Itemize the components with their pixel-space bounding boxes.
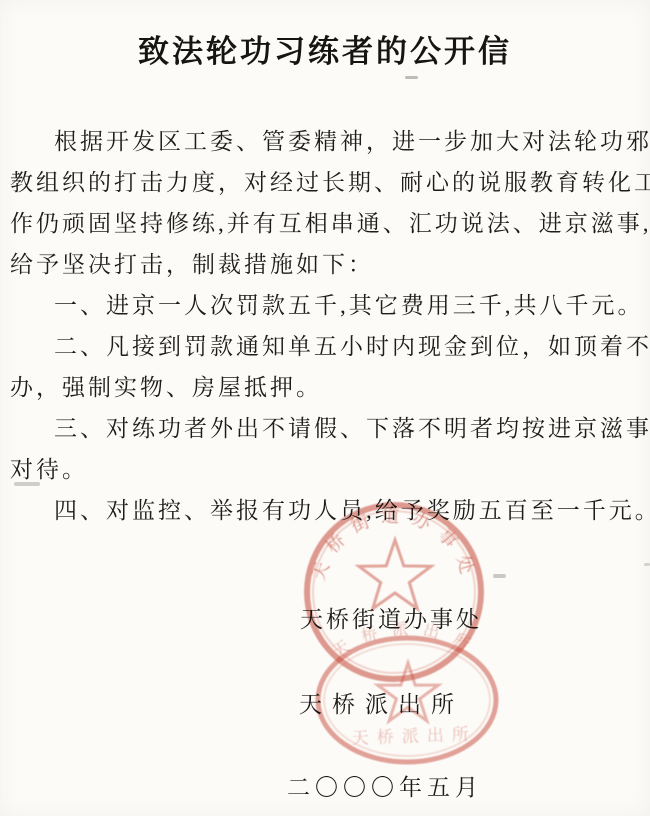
- page-title: 致法轮功习练者的公开信: [0, 26, 650, 71]
- signature-street-office: 天桥街道办事处: [300, 601, 482, 634]
- body-line: 对待。: [10, 449, 642, 490]
- date-line: 二〇〇〇年五月: [287, 769, 483, 802]
- signature-police-station: 天桥派出所: [299, 686, 464, 719]
- body-line: 根据开发区工委、管委精神，进一步加大对法轮功邪: [10, 121, 642, 162]
- letter-body: 根据开发区工委、管委精神，进一步加大对法轮功邪 教组织的打击力度，对经过长期、耐…: [10, 121, 642, 531]
- seal-inner-text: 天桥派出所: [351, 725, 477, 748]
- body-line-item-1: 一、进京一人次罚款五千,其它费用三千,共八千元。: [10, 285, 642, 326]
- body-line-item-3: 三、对练功者外出不请假、下落不明者均按进京滋事: [10, 408, 642, 449]
- scan-artifact: [644, 563, 650, 566]
- scan-artifact: [405, 76, 418, 79]
- scanned-letter-page: 致法轮功习练者的公开信 根据开发区工委、管委精神，进一步加大对法轮功邪 教组织的…: [0, 0, 650, 816]
- body-line: 教组织的打击力度，对经过长期、耐心的说服教育转化工: [10, 162, 642, 203]
- official-seal-street-office: 天桥街道办事处: [307, 505, 481, 679]
- scan-artifact: [14, 482, 40, 486]
- body-line-item-2: 二、凡接到罚款通知单五小时内现金到位，如顶着不: [10, 326, 642, 367]
- scan-artifact: [493, 574, 506, 578]
- body-line: 给予坚决打击，制裁措施如下：: [10, 244, 642, 285]
- body-line: 作仍顽固坚持修练,并有互相串通、汇功说法、进京滋事,: [10, 203, 642, 244]
- body-line: 办，强制实物、房屋抵押。: [10, 367, 642, 408]
- body-line-item-4: 四、对监控、举报有功人员,给予奖励五百至一千元。: [10, 490, 642, 531]
- seal-star-icon: [359, 540, 431, 609]
